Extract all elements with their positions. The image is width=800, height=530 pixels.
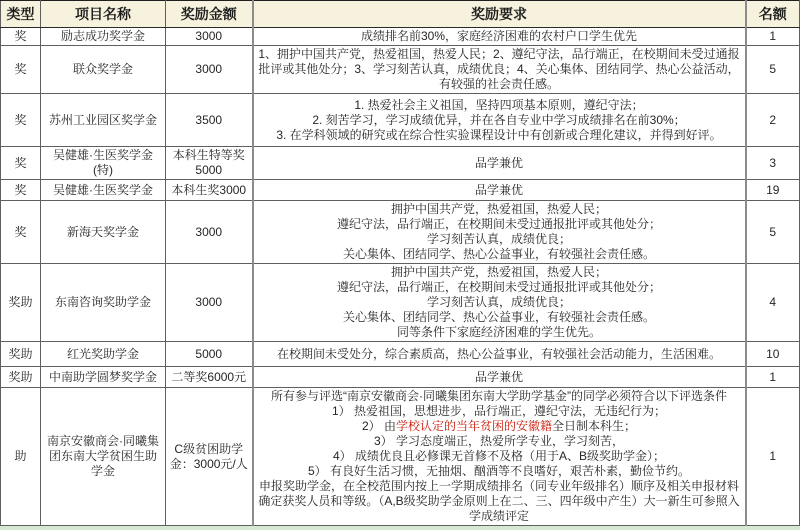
quota-cell: 10 (746, 342, 800, 367)
requirement-line: 关心集体、团结同学、热心公益事业，有较强社会责任感。 (257, 310, 742, 325)
type-cell: 奖助 (1, 367, 41, 388)
name-cell: 红光奖助学金 (41, 342, 166, 367)
requirement-cell: 在校期间未受处分，综合素质高，热心公益事业，有较强社会活动能力，生活困难。 (253, 342, 746, 367)
requirement-line: 同等条件下家庭经济困难的学生优先。 (257, 325, 742, 340)
header-quota: 名额 (746, 1, 800, 28)
requirement-text: 学习刻苦认真，成绩优良； (427, 232, 571, 246)
table-row: 奖助中南助学圆梦奖学金二等奖6000元品学兼优1 (1, 367, 800, 388)
table-row: 奖苏州工业园区奖学金35001. 热爱社会主义祖国，坚持四项基本原则，遵纪守法；… (1, 94, 800, 147)
requirement-cell: 拥护中国共产党，热爱祖国，热爱人民；遵纪守法，品行端正，在校期间未受过通报批评或… (253, 264, 746, 342)
quota-cell: 19 (746, 180, 800, 201)
requirement-line: 3. 在学科领域的研究或在综合性实验课程设计中有创新或合理化建议，并得到好评。 (257, 128, 742, 143)
requirement-cell: 1、拥护中国共产党，热爱祖国，热爱人民；2、遵纪守法，品行端正，在校期间未受过通… (253, 46, 746, 94)
quota-cell: 1 (746, 367, 800, 388)
bottom-green-strip (0, 526, 800, 530)
amount-cell: 3000 (166, 46, 253, 94)
scholarship-table: 类型 项目名称 奖励金额 奖励要求 名额 奖励志成功奖学金3000成绩排名前30… (0, 0, 800, 526)
requirement-line: 5） 有良好生活习惯，无抽烟、酗酒等不良嗜好，艰苦朴素，勤俭节约。 (257, 464, 742, 479)
requirement-line: 拥护中国共产党，热爱祖国，热爱人民； (257, 202, 742, 217)
requirement-line: 1. 热爱社会主义祖国，坚持四项基本原则，遵纪守法； (257, 98, 742, 113)
requirement-line: 3） 学习态度端正，热爱所学专业，学习刻苦， (257, 434, 742, 449)
type-cell: 奖 (1, 180, 41, 201)
amount-cell: 5000 (166, 342, 253, 367)
name-cell: 南京安徽商会·同曦集团东南大学贫困生助学金 (41, 388, 166, 526)
name-cell: 励志成功奖学金 (41, 28, 166, 46)
amount-cell: 3500 (166, 94, 253, 147)
header-amount: 奖励金额 (166, 1, 253, 28)
requirement-text: 成绩排名前30%，家庭经济困难的农村户口学生优先 (361, 29, 637, 43)
requirement-text: 遵纪守法，品行端正，在校期间未受过通报批评或其他处分； (337, 217, 661, 231)
type-cell: 奖助 (1, 342, 41, 367)
type-cell: 助 (1, 388, 41, 526)
requirement-line: 品学兼优 (257, 183, 742, 198)
quota-cell: 1 (746, 28, 800, 46)
table-row: 奖新海天奖学金3000拥护中国共产党，热爱祖国，热爱人民；遵纪守法，品行端正，在… (1, 201, 800, 264)
header-name: 项目名称 (41, 1, 166, 28)
amount-cell: 3000 (166, 264, 253, 342)
amount-cell: 二等奖6000元 (166, 367, 253, 388)
requirement-line: 所有参与评选“南京安徽商会·同曦集团东南大学助学基金”的同学必须符合以下评选条件 (257, 389, 742, 404)
name-cell: 中南助学圆梦奖学金 (41, 367, 166, 388)
requirement-text: 遵纪守法，品行端正，在校期间未受过通报批评或其他处分； (337, 280, 661, 294)
requirement-text: 学习刻苦认真，成绩优良； (427, 295, 571, 309)
quota-cell: 3 (746, 147, 800, 180)
requirement-line: 申报奖助学金，在全校范围内按上一学期成绩排名（同专业年级排名）顺序及相关申报材料… (257, 479, 742, 524)
requirement-cell: 所有参与评选“南京安徽商会·同曦集团东南大学助学基金”的同学必须符合以下评选条件… (253, 388, 746, 526)
requirement-text: 1. 热爱社会主义祖国，坚持四项基本原则，遵纪守法； (354, 98, 643, 112)
requirement-line: 关心集体、团结同学、热心公益事业，有较强社会责任感。 (257, 247, 742, 262)
highlighted-red-text: 学校认定的当年贫困的安徽籍 (396, 419, 552, 433)
header-type: 类型 (1, 1, 41, 28)
quota-cell: 5 (746, 201, 800, 264)
requirement-line: 遵纪守法，品行端正，在校期间未受过通报批评或其他处分； (257, 217, 742, 232)
table-body: 奖励志成功奖学金3000成绩排名前30%，家庭经济困难的农村户口学生优先1奖联众… (1, 28, 800, 526)
name-cell: 苏州工业园区奖学金 (41, 94, 166, 147)
amount-cell: 3000 (166, 28, 253, 46)
table-row: 奖联众奖学金30001、拥护中国共产党，热爱祖国，热爱人民；2、遵纪守法，品行端… (1, 46, 800, 94)
requirement-cell: 拥护中国共产党，热爱祖国，热爱人民；遵纪守法，品行端正，在校期间未受过通报批评或… (253, 201, 746, 264)
requirement-text: 申报奖助学金，在全校范围内按上一学期成绩排名（同专业年级排名）顺序及相关申报材料… (258, 479, 739, 523)
type-cell: 奖助 (1, 264, 41, 342)
requirement-text: 3. 在学科领域的研究或在综合性实验课程设计中有创新或合理化建议，并得到好评。 (276, 128, 721, 142)
requirement-line: 品学兼优 (257, 156, 742, 171)
requirement-text: 品学兼优 (475, 156, 523, 170)
requirement-line: 成绩排名前30%，家庭经济困难的农村户口学生优先 (257, 29, 742, 44)
table-row: 奖吴健雄·生医奖学金(特)本科生特等奖5000品学兼优3 (1, 147, 800, 180)
amount-cell: C级贫困助学金：3000元/人 (166, 388, 253, 526)
requirement-cell: 品学兼优 (253, 180, 746, 201)
requirement-line: 1） 热爱祖国，思想进步，品行端正，遵纪守法，无违纪行为； (257, 404, 742, 419)
type-cell: 奖 (1, 201, 41, 264)
requirement-line: 学习刻苦认真，成绩优良； (257, 232, 742, 247)
amount-cell: 本科生特等奖5000 (166, 147, 253, 180)
requirement-line: 遵纪守法，品行端正，在校期间未受过通报批评或其他处分； (257, 280, 742, 295)
quota-cell: 2 (746, 94, 800, 147)
requirement-line: 4） 成绩优良且必修课无首修不及格（用于A、B级奖助学金）； (257, 449, 742, 464)
requirement-text: 品学兼优 (475, 183, 523, 197)
requirement-text: 关心集体、团结同学、热心公益事业，有较强社会责任感。 (343, 310, 655, 324)
table-row: 奖助红光奖助学金5000在校期间未受处分，综合素质高，热心公益事业，有较强社会活… (1, 342, 800, 367)
scholarship-page: 类型 项目名称 奖励金额 奖励要求 名额 奖励志成功奖学金3000成绩排名前30… (0, 0, 800, 491)
requirement-text: 关心集体、团结同学、热心公益事业，有较强社会责任感。 (343, 247, 655, 261)
requirement-cell: 1. 热爱社会主义祖国，坚持四项基本原则，遵纪守法；2. 刻苦学习，学习成绩优异… (253, 94, 746, 147)
requirement-line: 2. 刻苦学习，学习成绩优异，并在各自专业中学习成绩排名在前30%； (257, 113, 742, 128)
name-cell: 新海天奖学金 (41, 201, 166, 264)
requirement-text: 拥护中国共产党，热爱祖国，热爱人民； (391, 265, 607, 279)
table-row: 奖吴健雄·生医奖学金本科生奖3000品学兼优19 (1, 180, 800, 201)
table-row: 奖励志成功奖学金3000成绩排名前30%，家庭经济困难的农村户口学生优先1 (1, 28, 800, 46)
requirement-text: 所有参与评选“南京安徽商会·同曦集团东南大学助学基金”的同学必须符合以下评选条件 (271, 389, 727, 403)
requirement-line: 学习刻苦认真，成绩优良； (257, 295, 742, 310)
header-requirement: 奖励要求 (253, 1, 746, 28)
name-cell: 吴健雄·生医奖学金 (41, 180, 166, 201)
requirement-line: 品学兼优 (257, 370, 742, 385)
requirement-text: 1、拥护中国共产党，热爱祖国，热爱人民；2、遵纪守法，品行端正，在校期间未受过通… (258, 47, 739, 91)
requirement-text: 2. 刻苦学习，学习成绩优异，并在各自专业中学习成绩排名在前30%； (312, 113, 685, 127)
header-row: 类型 项目名称 奖励金额 奖励要求 名额 (1, 1, 800, 28)
quota-cell: 4 (746, 264, 800, 342)
type-cell: 奖 (1, 147, 41, 180)
requirement-text: 4） 成绩优良且必修课无首修不及格（用于A、B级奖助学金）； (333, 449, 665, 463)
amount-cell: 3000 (166, 201, 253, 264)
requirement-text: 拥护中国共产党，热爱祖国，热爱人民； (391, 202, 607, 216)
requirement-text: 3） 学习态度端正，热爱所学专业，学习刻苦， (374, 434, 624, 448)
table-row: 助南京安徽商会·同曦集团东南大学贫困生助学金C级贫困助学金：3000元/人所有参… (1, 388, 800, 526)
table-row: 奖助东南咨询奖助学金3000拥护中国共产党，热爱祖国，热爱人民；遵纪守法，品行端… (1, 264, 800, 342)
requirement-line: 2） 由学校认定的当年贫困的安徽籍全日制本科生； (257, 419, 742, 434)
type-cell: 奖 (1, 28, 41, 46)
requirement-text: 在校期间未受处分，综合素质高，热心公益事业，有较强社会活动能力，生活困难。 (277, 347, 721, 361)
requirement-text: 品学兼优 (475, 370, 523, 384)
requirement-text: 5） 有良好生活习惯，无抽烟、酗酒等不良嗜好，艰苦朴素，勤俭节约。 (308, 464, 690, 478)
requirement-cell: 成绩排名前30%，家庭经济困难的农村户口学生优先 (253, 28, 746, 46)
name-cell: 联众奖学金 (41, 46, 166, 94)
quota-cell: 5 (746, 46, 800, 94)
requirement-text: 1） 热爱祖国，思想进步，品行端正，遵纪守法，无违纪行为； (332, 404, 666, 418)
quota-cell: 1 (746, 388, 800, 526)
requirement-text: 2） 由 (362, 419, 396, 433)
requirement-cell: 品学兼优 (253, 367, 746, 388)
requirement-text: 全日制本科生； (552, 419, 636, 433)
requirement-line: 1、拥护中国共产党，热爱祖国，热爱人民；2、遵纪守法，品行端正，在校期间未受过通… (257, 47, 742, 92)
name-cell: 东南咨询奖助学金 (41, 264, 166, 342)
type-cell: 奖 (1, 46, 41, 94)
amount-cell: 本科生奖3000 (166, 180, 253, 201)
type-cell: 奖 (1, 94, 41, 147)
requirement-line: 在校期间未受处分，综合素质高，热心公益事业，有较强社会活动能力，生活困难。 (257, 347, 742, 362)
requirement-text: 同等条件下家庭经济困难的学生优先。 (397, 325, 601, 339)
requirement-cell: 品学兼优 (253, 147, 746, 180)
requirement-line: 拥护中国共产党，热爱祖国，热爱人民； (257, 265, 742, 280)
name-cell: 吴健雄·生医奖学金(特) (41, 147, 166, 180)
